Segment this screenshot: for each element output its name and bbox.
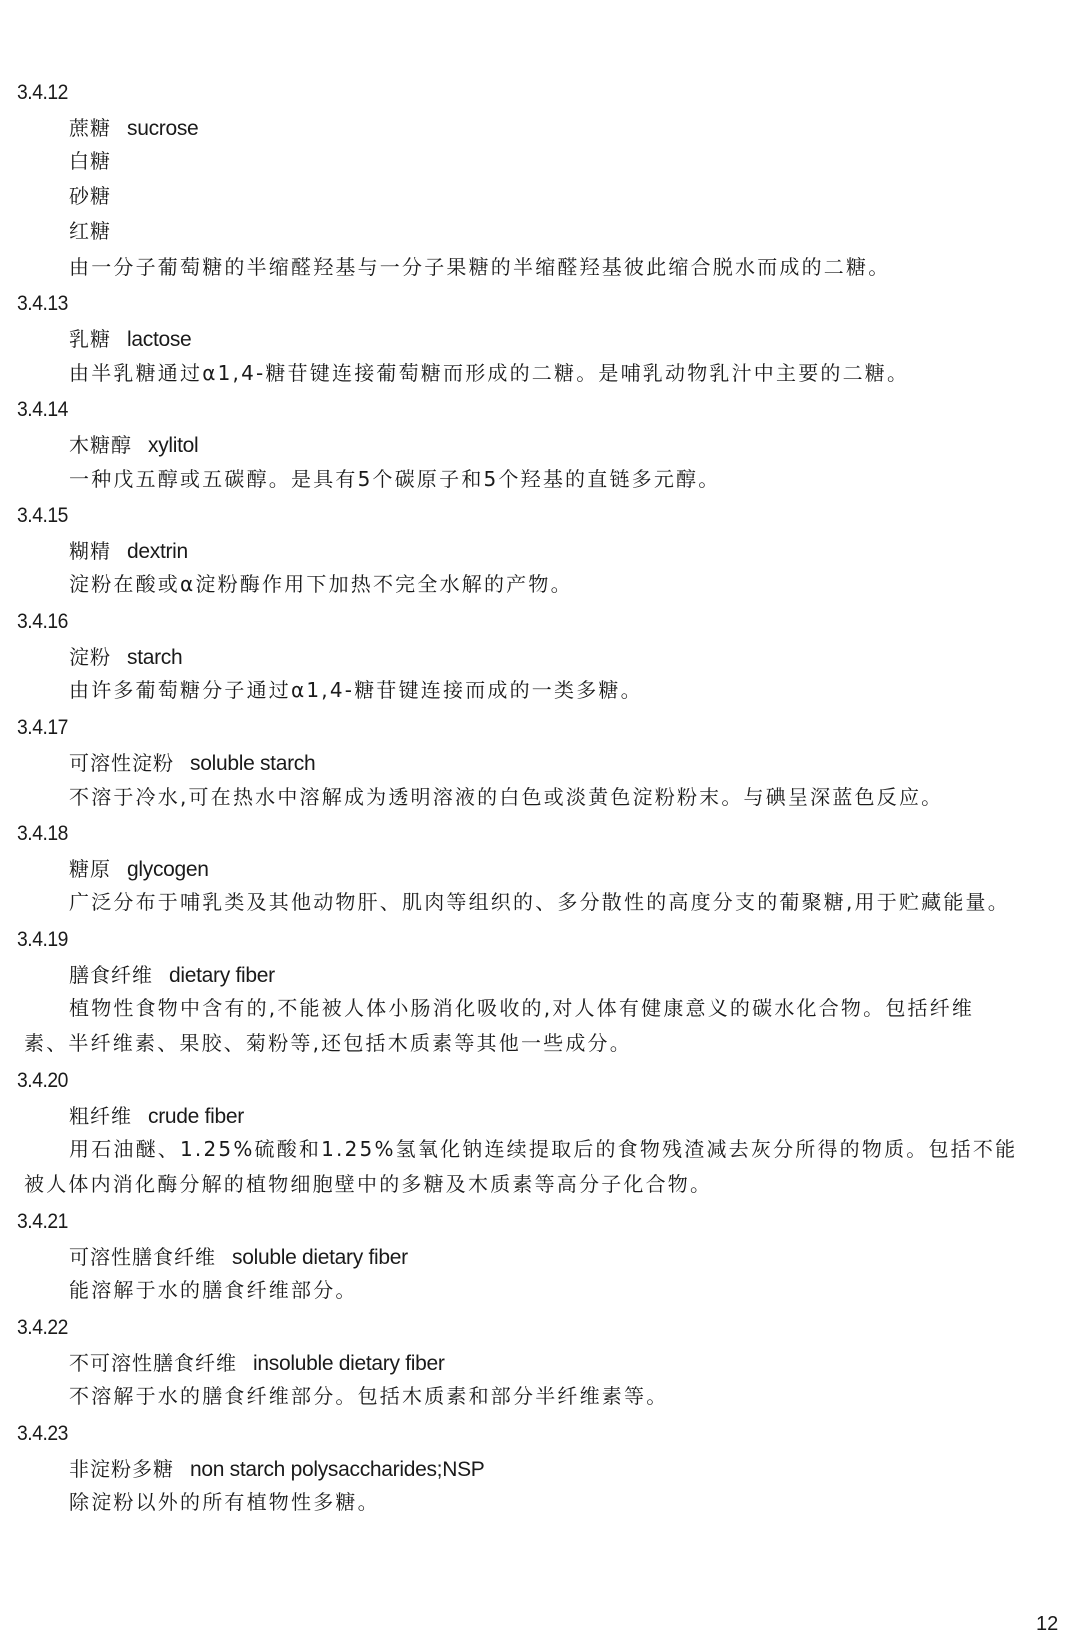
definition: 用石油醚、1.25%硫酸和1.25%氢氧化钠连续提取后的食物残渣减去灰分所得的物…: [69, 1135, 1017, 1163]
term-english: insoluble dietary fiber: [253, 1352, 445, 1375]
term-line: 可溶性膳食纤维soluble dietary fiber: [69, 1243, 408, 1272]
entry-number: 3.4.22: [17, 1314, 68, 1342]
term-english: xylitol: [148, 434, 198, 457]
synonym-text: 白糖: [69, 149, 111, 173]
definition: 不溶于冷水,可在热水中溶解成为透明溶液的白色或淡黄色淀粉粉末。与碘呈深蓝色反应。: [69, 783, 943, 811]
term-line: 糊精dextrin: [69, 537, 188, 566]
entry-number: 3.4.23: [17, 1420, 68, 1448]
term-english: glycogen: [127, 858, 209, 881]
document-page: 3.4.12 蔗糖sucrose 白糖 砂糖 红糖 由一分子葡萄糖的半缩醛羟基与…: [0, 0, 1080, 1649]
term-line: 可溶性淀粉soluble starch: [69, 749, 315, 778]
term-english: non starch polysaccharides;NSP: [190, 1458, 485, 1481]
term-english: soluble dietary fiber: [232, 1246, 408, 1269]
entry-number: 3.4.15: [17, 502, 68, 530]
synonym: 砂糖: [69, 182, 111, 210]
definition: 由一分子葡萄糖的半缩醛羟基与一分子果糖的半缩醛羟基彼此缩合脱水而成的二糖。: [69, 253, 890, 281]
term-english: crude fiber: [148, 1105, 244, 1128]
term-chinese: 淀粉: [69, 645, 111, 669]
definition: 能溶解于水的膳食纤维部分。: [69, 1276, 358, 1304]
term-chinese: 糖原: [69, 857, 111, 881]
synonym-text: 红糖: [69, 219, 111, 243]
synonym-text: 砂糖: [69, 184, 111, 208]
term-chinese: 蔗糖: [69, 116, 111, 140]
page-number: 12: [1036, 1612, 1058, 1636]
synonym: 白糖: [69, 147, 111, 175]
definition: 除淀粉以外的所有植物性多糖。: [69, 1488, 380, 1516]
term-chinese: 非淀粉多糖: [69, 1457, 174, 1481]
entry-number: 3.4.16: [17, 608, 68, 636]
entry-number: 3.4.17: [17, 714, 68, 742]
term-line: 粗纤维crude fiber: [69, 1102, 244, 1131]
definition: 广泛分布于哺乳类及其他动物肝、肌肉等组织的、多分散性的高度分支的葡聚糖,用于贮藏…: [69, 888, 1010, 916]
term-chinese: 木糖醇: [69, 433, 132, 457]
term-line: 不可溶性膳食纤维insoluble dietary fiber: [69, 1349, 445, 1378]
entry-number: 3.4.19: [17, 926, 68, 954]
definition: 植物性食物中含有的,不能被人体小肠消化吸收的,对人体有健康意义的碳水化合物。包括…: [69, 994, 974, 1022]
term-line: 木糖醇xylitol: [69, 431, 198, 460]
term-chinese: 粗纤维: [69, 1104, 132, 1128]
definition: 不溶解于水的膳食纤维部分。包括木质素和部分半纤维素等。: [69, 1382, 668, 1410]
term-chinese: 不可溶性膳食纤维: [69, 1351, 237, 1375]
term-english: soluble starch: [190, 752, 315, 775]
term-english: lactose: [127, 328, 191, 351]
entry-number: 3.4.18: [17, 820, 68, 848]
term-line: 蔗糖sucrose: [69, 114, 198, 143]
entry-number: 3.4.12: [17, 79, 68, 107]
term-line: 淀粉starch: [69, 643, 182, 672]
definition-continued: 被人体内消化酶分解的植物细胞壁中的多糖及木质素等高分子化合物。: [24, 1170, 712, 1198]
definition: 由许多葡萄糖分子通过α1,4-糖苷键连接而成的一类多糖。: [69, 676, 643, 704]
entry-number: 3.4.14: [17, 396, 68, 424]
entry-number: 3.4.13: [17, 290, 68, 318]
term-english: starch: [127, 646, 182, 669]
term-chinese: 糊精: [69, 539, 111, 563]
entry-number: 3.4.20: [17, 1067, 68, 1095]
term-line: 乳糖lactose: [69, 325, 191, 354]
term-line: 糖原glycogen: [69, 855, 209, 884]
definition: 由半乳糖通过α1,4-糖苷键连接葡萄糖而形成的二糖。是哺乳动物乳汁中主要的二糖。: [69, 359, 909, 387]
definition: 淀粉在酸或α淀粉酶作用下加热不完全水解的产物。: [69, 570, 573, 598]
term-chinese: 可溶性淀粉: [69, 751, 174, 775]
term-chinese: 乳糖: [69, 327, 111, 351]
definition: 一种戊五醇或五碳醇。是具有5个碳原子和5个羟基的直链多元醇。: [69, 465, 720, 493]
term-line: 非淀粉多糖non starch polysaccharides;NSP: [69, 1455, 485, 1484]
term-english: sucrose: [127, 117, 198, 140]
entry-number: 3.4.21: [17, 1208, 68, 1236]
term-english: dietary fiber: [169, 964, 275, 987]
definition-continued: 素、半纤维素、果胶、菊粉等,还包括木质素等其他一些成分。: [24, 1029, 632, 1057]
term-line: 膳食纤维dietary fiber: [69, 961, 275, 990]
term-chinese: 膳食纤维: [69, 963, 153, 987]
synonym: 红糖: [69, 217, 111, 245]
term-english: dextrin: [127, 540, 188, 563]
term-chinese: 可溶性膳食纤维: [69, 1245, 216, 1269]
